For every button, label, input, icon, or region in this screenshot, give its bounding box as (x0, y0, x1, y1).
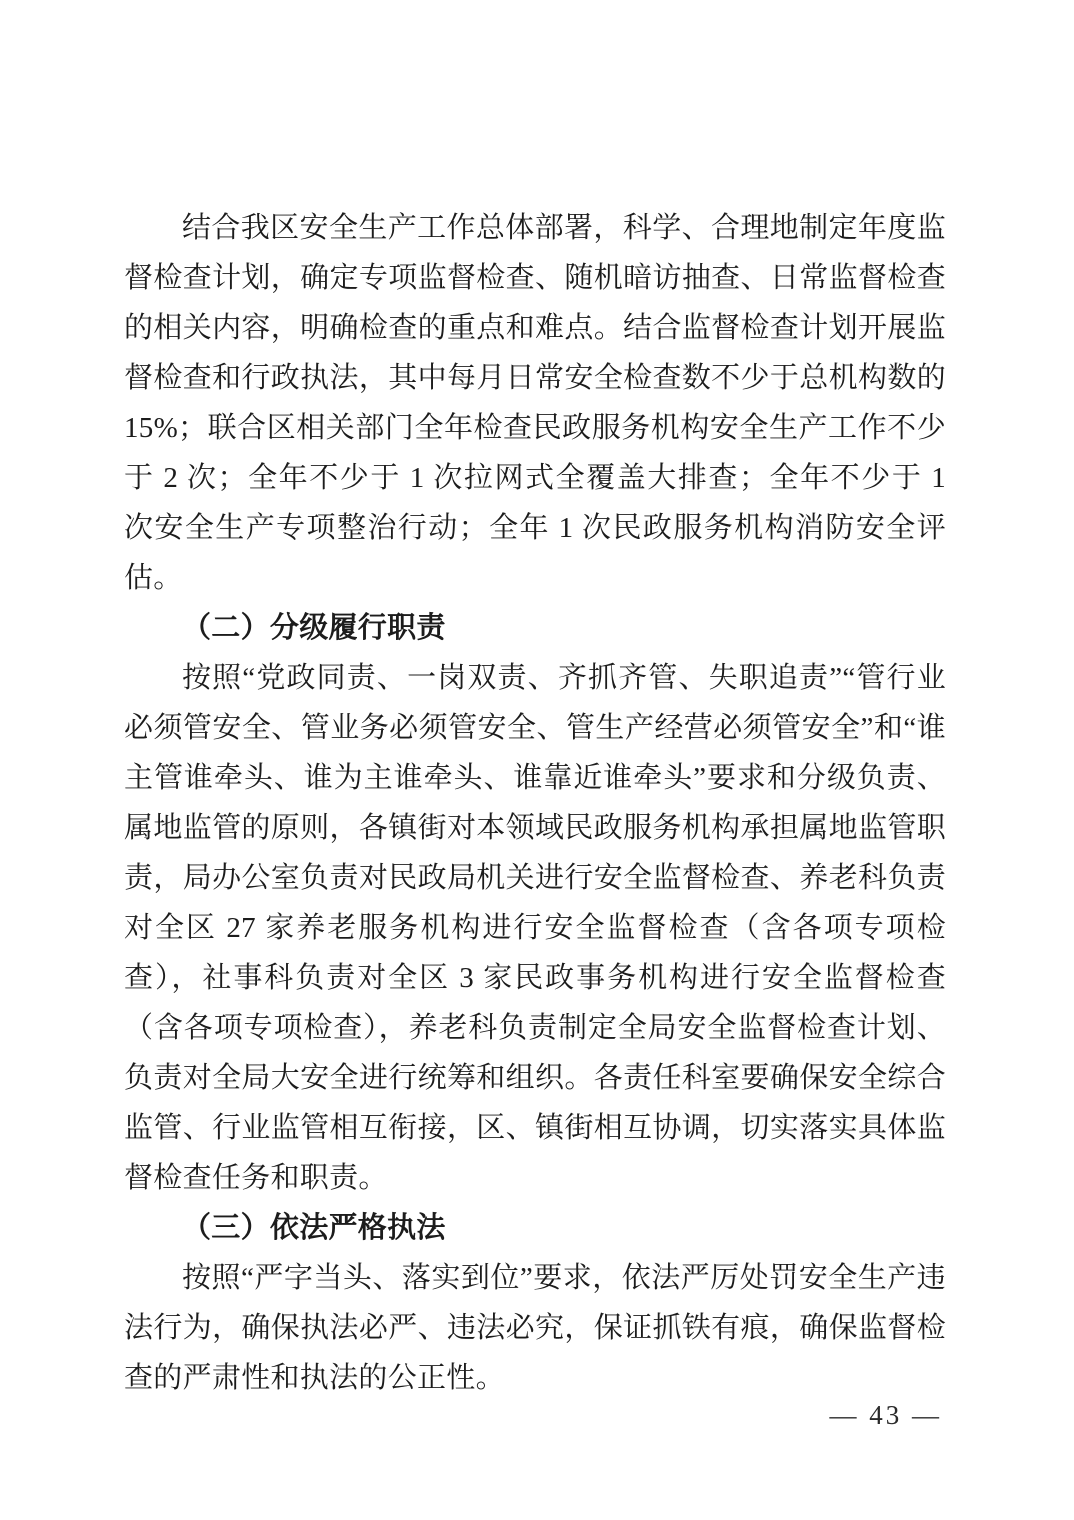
page-footer: — 43 — (830, 1398, 943, 1432)
paragraph-law-enforcement: 按照“严字当头、落实到位”要求，依法严厉处罚安全生产违法行为，确保执法必严、违法… (124, 1253, 946, 1403)
document-page: 结合我区安全生产工作总体部署，科学、合理地制定年度监督检查计划，确定专项监督检查… (0, 0, 1074, 1520)
heading-section-3-strict-law-enforcement: （三）依法严格执法 (124, 1203, 946, 1253)
heading-section-2-tiered-duties: （二）分级履行职责 (124, 603, 946, 653)
document-body: 结合我区安全生产工作总体部署，科学、合理地制定年度监督检查计划，确定专项监督检查… (124, 203, 946, 1403)
page-number: — 43 — (830, 1400, 943, 1430)
paragraph-annual-inspection-plan: 结合我区安全生产工作总体部署，科学、合理地制定年度监督检查计划，确定专项监督检查… (124, 203, 946, 603)
paragraph-tiered-supervision-duties: 按照“党政同责、一岗双责、齐抓齐管、失职追责”“管行业必须管安全、管业务必须管安… (124, 653, 946, 1203)
